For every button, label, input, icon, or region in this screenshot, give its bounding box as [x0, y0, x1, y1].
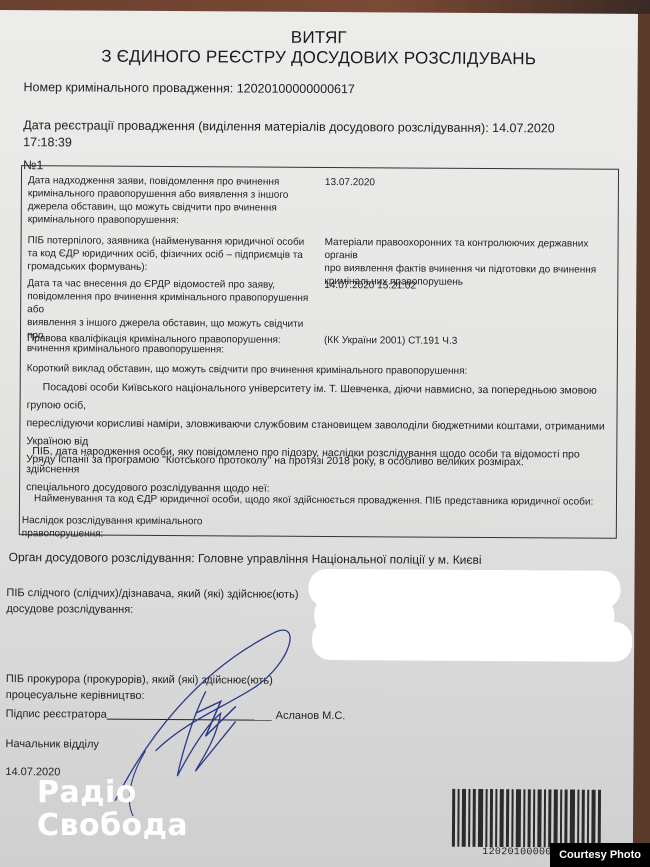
- outcome-label: Наслідок розслідування кримінальногоправ…: [22, 514, 203, 541]
- watermark-logo-line2: Свобода: [37, 808, 188, 843]
- redaction-mark: [312, 620, 632, 662]
- row-label-legal-qualification: Правова кваліфікація кримінального право…: [27, 332, 281, 347]
- brief-label: Короткий виклад обставин, що можуть свід…: [27, 362, 468, 378]
- registration-date: Дата реєстрації провадження (виділення м…: [23, 118, 555, 135]
- row-value-application-date: 13.07.2020: [325, 176, 375, 189]
- legal-entity-label: Найменування та код ЄДР юридичної особи,…: [34, 492, 593, 508]
- row-value-legal-qualification: (КК України 2001) СТ.191 Ч.3: [324, 334, 457, 348]
- case-number: Номер кримінального провадження: 1202010…: [23, 80, 354, 96]
- row-label-victim: ПІБ потерпілого, заявника (найменування …: [27, 234, 317, 275]
- barcode-icon: [450, 789, 622, 848]
- registry-table: Дата надходження заяви, повідомлення про…: [19, 165, 619, 539]
- registration-time: 17:18:39: [23, 135, 72, 149]
- row-value-entry-datetime: 14.07.2020 15:21:02: [324, 279, 416, 293]
- investigation-body: Орган досудового розслідування: Головне …: [9, 550, 482, 567]
- watermark-logo-line1: Радіо: [37, 775, 137, 810]
- photo-credit: Courtesy Photo: [550, 843, 650, 867]
- row-label-application-date: Дата надходження заяви, повідомлення про…: [28, 174, 318, 228]
- document-page: ВИТЯГ З ЄДИНОГО РЕЄСТРУ ДОСУДОВИХ РОЗСЛІ…: [0, 10, 638, 867]
- document-subtitle: З ЄДИНОГО РЕЄСТРУ ДОСУДОВИХ РОЗСЛІДУВАНЬ: [0, 46, 638, 70]
- suspect-info: ПІБ, дата народження особи, яку повідомл…: [26, 442, 616, 500]
